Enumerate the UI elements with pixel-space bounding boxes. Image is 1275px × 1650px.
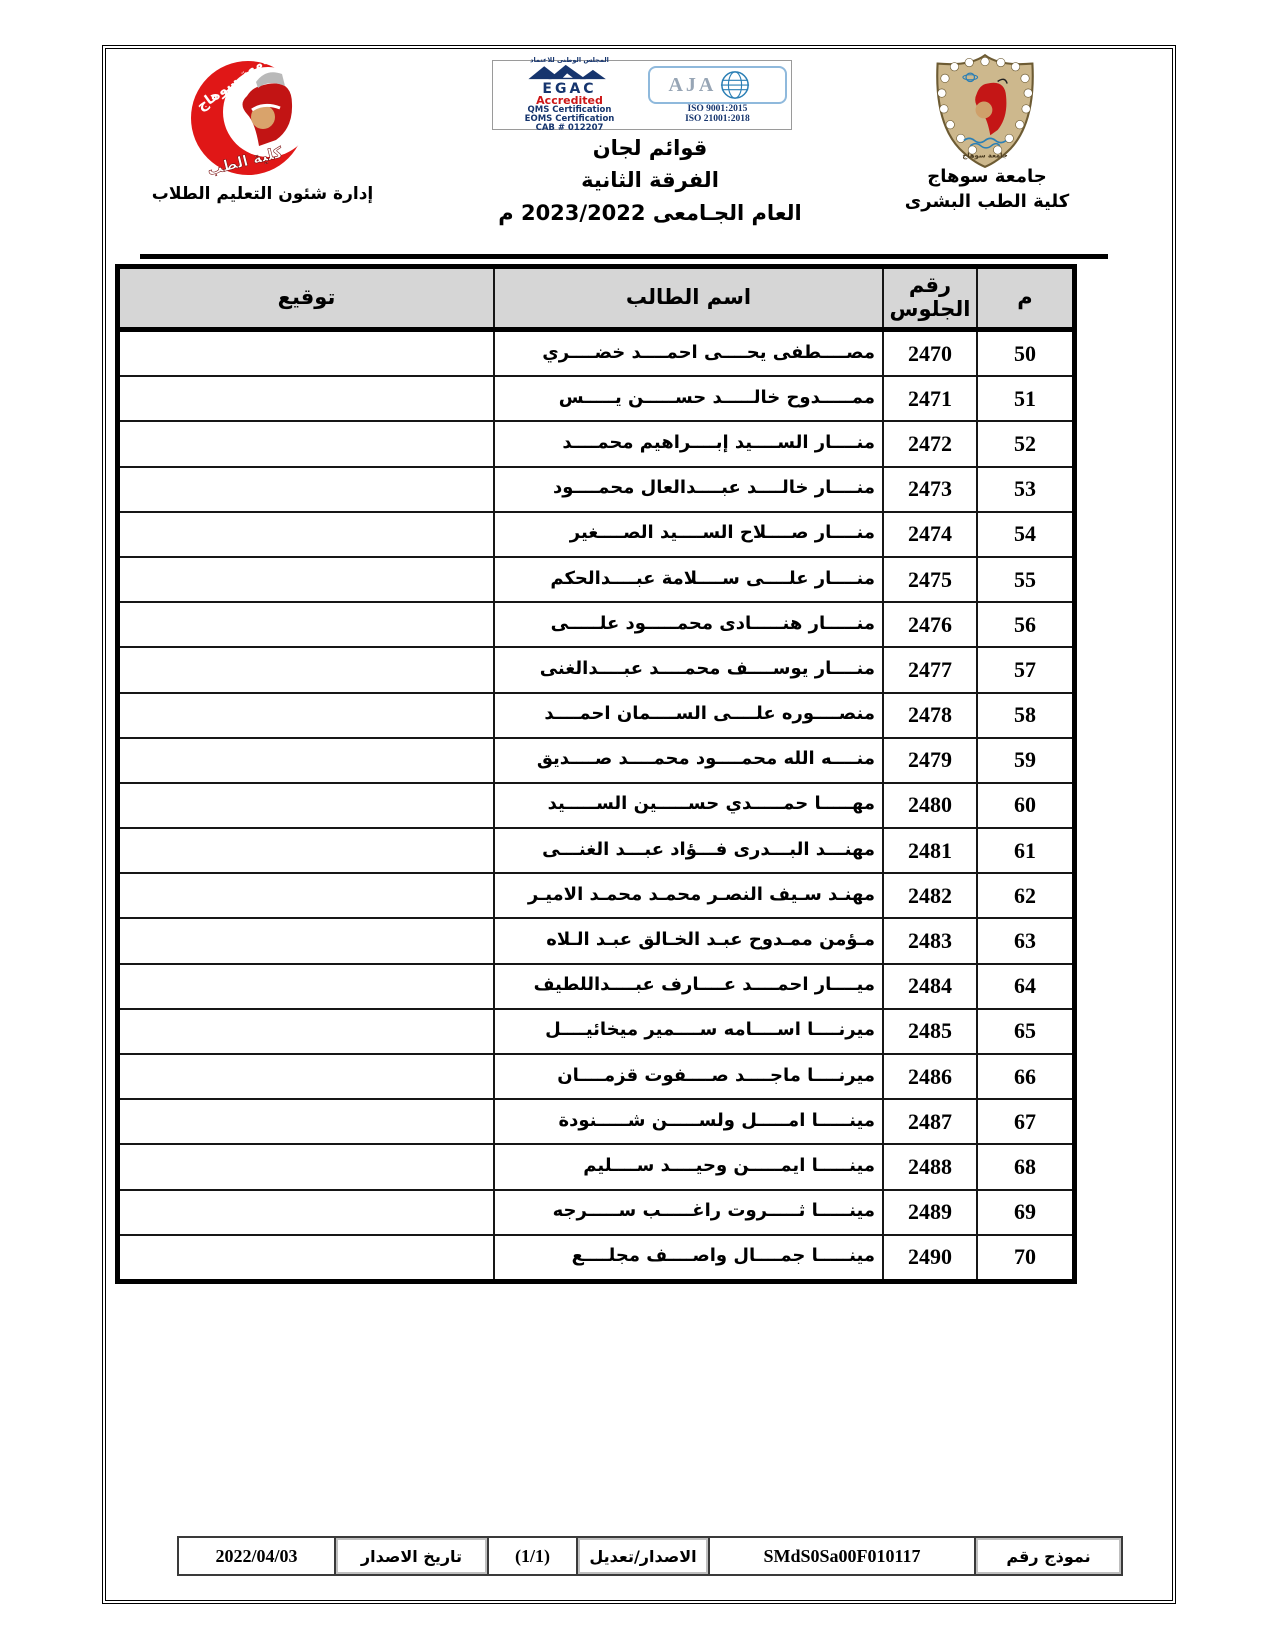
page-title-line3: العام الجـامعى 2023/2022 م bbox=[440, 201, 860, 225]
form-info-row: نموذج رقم SMdS0Sa00F010117 الاصدار/تعديل… bbox=[178, 1537, 1122, 1575]
row-index: 60 bbox=[977, 783, 1075, 828]
signature-cell bbox=[118, 918, 495, 963]
seat-number: 2475 bbox=[883, 557, 977, 602]
signature-cell bbox=[118, 421, 495, 466]
row-index: 53 bbox=[977, 467, 1075, 512]
signature-cell bbox=[118, 1144, 495, 1189]
student-name: ميرنــــا اســــامه ســــمير ميخائيــــل bbox=[494, 1009, 883, 1054]
table-row: 54 2474 منــــار صــــلاح الســــيد الصـ… bbox=[118, 512, 1075, 557]
seat-number: 2486 bbox=[883, 1054, 977, 1099]
shield-bottom-text: جامعة سوهاج bbox=[962, 151, 1007, 159]
row-index: 63 bbox=[977, 918, 1075, 963]
row-index: 55 bbox=[977, 557, 1075, 602]
table-row: 60 2480 مهـــــا حمـــــدي حســـــين الس… bbox=[118, 783, 1075, 828]
aja-badge-frame: AJA bbox=[648, 66, 787, 104]
row-index: 64 bbox=[977, 964, 1075, 1009]
form-info-table: نموذج رقم SMdS0Sa00F010117 الاصدار/تعديل… bbox=[177, 1536, 1123, 1576]
row-index: 68 bbox=[977, 1144, 1075, 1189]
header-divider-rule bbox=[140, 254, 1108, 259]
header-signature: توقيع bbox=[118, 267, 495, 330]
table-row: 67 2487 مينـــــا امـــــل ولســـــن شــ… bbox=[118, 1099, 1075, 1144]
signature-cell bbox=[118, 873, 495, 918]
student-name: مهـــــا حمـــــدي حســـــين الســـــيد bbox=[494, 783, 883, 828]
accreditation-badges: المجلس الوطنى للاعتماد EGAC Accredited Q… bbox=[492, 60, 792, 130]
student-name: مينـــــا ثـــــروت راغـــــب ســـــرجه bbox=[494, 1190, 883, 1235]
signature-cell bbox=[118, 1009, 495, 1054]
signature-cell bbox=[118, 647, 495, 692]
student-name: مصــــطفى يحــــى احمــــد خضــــري bbox=[494, 330, 883, 377]
aja-iso-line1: ISO 9001:2015 bbox=[648, 104, 787, 114]
table-row: 70 2490 مينـــــا جمــــال واصــــف مجلـ… bbox=[118, 1235, 1075, 1282]
seat-number: 2477 bbox=[883, 647, 977, 692]
student-name: منصــــوره علــــى الســــمان احمــــد bbox=[494, 693, 883, 738]
seat-number: 2471 bbox=[883, 376, 977, 421]
header-student-name: اسم الطالب bbox=[494, 267, 883, 330]
seat-number: 2483 bbox=[883, 918, 977, 963]
student-name: منــــه الله محمــــود محمــــد صــــديق bbox=[494, 738, 883, 783]
student-name: منــــار الســــيد إبــــراهيم محمــــد bbox=[494, 421, 883, 466]
student-name: منــــار يوســــف محمــــد عبــــدالغنى bbox=[494, 647, 883, 692]
header-seat-number: رقم الجلوس bbox=[883, 267, 977, 330]
row-index: 66 bbox=[977, 1054, 1075, 1099]
issue-date-value: 2022/04/03 bbox=[178, 1537, 335, 1575]
seat-number: 2482 bbox=[883, 873, 977, 918]
row-index: 54 bbox=[977, 512, 1075, 557]
seat-number: 2479 bbox=[883, 738, 977, 783]
signature-cell bbox=[118, 602, 495, 647]
document-page: جامعة سوهاج كلية الطب إدارة شئون التعليم… bbox=[0, 0, 1275, 1650]
table-row: 55 2475 منــــار علــــى ســــلامة عبـــ… bbox=[118, 557, 1075, 602]
seat-number: 2490 bbox=[883, 1235, 977, 1282]
university-name: جامعة سوهاج bbox=[898, 166, 1076, 187]
student-name: ميرنــــا ماجــــد صــــفوت قزمــــان bbox=[494, 1054, 883, 1099]
signature-cell bbox=[118, 330, 495, 377]
table-row: 69 2489 مينـــــا ثـــــروت راغـــــب سـ… bbox=[118, 1190, 1075, 1235]
seat-number: 2476 bbox=[883, 602, 977, 647]
student-name: منــــار صــــلاح الســــيد الصــــغير bbox=[494, 512, 883, 557]
issue-date-label: تاريخ الاصدار bbox=[335, 1537, 488, 1575]
signature-cell bbox=[118, 467, 495, 512]
form-code: SMdS0Sa00F010117 bbox=[709, 1537, 975, 1575]
student-name: مينـــــا امـــــل ولســـــن شـــــنودة bbox=[494, 1099, 883, 1144]
seat-number: 2484 bbox=[883, 964, 977, 1009]
sohag-university-shield-logo: جامعة سوهاج bbox=[926, 52, 1044, 170]
row-index: 56 bbox=[977, 602, 1075, 647]
signature-cell bbox=[118, 512, 495, 557]
signature-cell bbox=[118, 738, 495, 783]
seat-number: 2485 bbox=[883, 1009, 977, 1054]
seat-number: 2472 bbox=[883, 421, 977, 466]
aja-globe-icon bbox=[718, 70, 752, 100]
table-row: 68 2488 مينـــــا ايمـــــن وحيــــد ســ… bbox=[118, 1144, 1075, 1189]
table-header-row: م رقم الجلوس اسم الطالب توقيع bbox=[118, 267, 1075, 330]
row-index: 62 bbox=[977, 873, 1075, 918]
row-index: 59 bbox=[977, 738, 1075, 783]
signature-cell bbox=[118, 828, 495, 873]
signature-cell bbox=[118, 783, 495, 828]
row-index: 70 bbox=[977, 1235, 1075, 1282]
aja-logo: AJA ISO 9001:2015 ISO 21001:2018 bbox=[648, 66, 787, 124]
signature-cell bbox=[118, 1054, 495, 1099]
row-index: 67 bbox=[977, 1099, 1075, 1144]
row-index: 61 bbox=[977, 828, 1075, 873]
signature-cell bbox=[118, 1099, 495, 1144]
student-name: مهنـــد البـــدرى فـــؤاد عبـــد الغنـــ… bbox=[494, 828, 883, 873]
table-row: 56 2476 منـــــار هنـــــادى محمـــــود … bbox=[118, 602, 1075, 647]
table-row: 53 2473 منــــار خالــــد عبــــدالعال م… bbox=[118, 467, 1075, 512]
row-index: 58 bbox=[977, 693, 1075, 738]
table-row: 58 2478 منصــــوره علــــى الســــمان اح… bbox=[118, 693, 1075, 738]
shield-logo-graphic: جامعة سوهاج bbox=[926, 52, 1044, 170]
signature-cell bbox=[118, 1190, 495, 1235]
student-name: ميــــار احمــــد عــــارف عبــــداللطيف bbox=[494, 964, 883, 1009]
row-index: 69 bbox=[977, 1190, 1075, 1235]
table-row: 64 2484 ميــــار احمــــد عــــارف عبـــ… bbox=[118, 964, 1075, 1009]
seat-number: 2488 bbox=[883, 1144, 977, 1189]
student-name: مهنـد سـيف النصـر محمـد محمـد الاميـر bbox=[494, 873, 883, 918]
form-number-label: نموذج رقم bbox=[975, 1537, 1122, 1575]
egac-mountains-icon bbox=[527, 64, 613, 80]
table-row: 63 2483 مـؤمن ممـدوح عبـد الخـالق عبـد ا… bbox=[118, 918, 1075, 963]
egac-arc-text: المجلس الوطنى للاعتماد bbox=[497, 57, 642, 64]
egac-logo: المجلس الوطنى للاعتماد EGAC Accredited Q… bbox=[497, 57, 642, 133]
table-row: 66 2486 ميرنــــا ماجــــد صــــفوت قزمـ… bbox=[118, 1054, 1075, 1099]
table-row: 52 2472 منــــار الســــيد إبــــراهيم م… bbox=[118, 421, 1075, 466]
table-row: 65 2485 ميرنــــا اســــامه ســــمير ميخ… bbox=[118, 1009, 1075, 1054]
committee-list-table: م رقم الجلوس اسم الطالب توقيع 50 2470 مص… bbox=[115, 264, 1077, 1284]
seat-number: 2480 bbox=[883, 783, 977, 828]
page-title-line2: الفرقة الثانية bbox=[440, 168, 860, 192]
table-row: 61 2481 مهنـــد البـــدرى فـــؤاد عبـــد… bbox=[118, 828, 1075, 873]
table-row: 59 2479 منــــه الله محمــــود محمــــد … bbox=[118, 738, 1075, 783]
table-row: 57 2477 منــــار يوســــف محمــــد عبـــ… bbox=[118, 647, 1075, 692]
seat-number: 2470 bbox=[883, 330, 977, 377]
egac-cab-number: CAB # 012207 bbox=[497, 124, 642, 133]
student-name: ممـــــدوح خالـــــد حســـــن يـــــس bbox=[494, 376, 883, 421]
faculty-name: كلية الطب البشرى bbox=[898, 191, 1076, 212]
student-name: مينـــــا جمــــال واصــــف مجلــــع bbox=[494, 1235, 883, 1282]
signature-cell bbox=[118, 693, 495, 738]
student-name: مـؤمن ممـدوح عبـد الخـالق عبـد الـلاه bbox=[494, 918, 883, 963]
seat-number: 2481 bbox=[883, 828, 977, 873]
crescent-logo-graphic: جامعة سوهاج كلية الطب bbox=[168, 52, 353, 187]
seat-number: 2489 bbox=[883, 1190, 977, 1235]
student-name: منــــار خالــــد عبــــدالعال محمــــود bbox=[494, 467, 883, 512]
seat-number: 2473 bbox=[883, 467, 977, 512]
table-row: 51 2471 ممـــــدوح خالـــــد حســـــن يـ… bbox=[118, 376, 1075, 421]
student-name: مينـــــا ايمـــــن وحيــــد ســــليم bbox=[494, 1144, 883, 1189]
row-index: 57 bbox=[977, 647, 1075, 692]
seat-number: 2487 bbox=[883, 1099, 977, 1144]
row-index: 65 bbox=[977, 1009, 1075, 1054]
header-index: م bbox=[977, 267, 1075, 330]
aja-iso-line2: ISO 21001:2018 bbox=[648, 114, 787, 124]
row-index: 52 bbox=[977, 421, 1075, 466]
seat-number: 2474 bbox=[883, 512, 977, 557]
signature-cell bbox=[118, 964, 495, 1009]
issue-value: (1/1) bbox=[488, 1537, 577, 1575]
seat-number: 2478 bbox=[883, 693, 977, 738]
student-name: منــــار علــــى ســــلامة عبــــدالحكم bbox=[494, 557, 883, 602]
issue-label: الاصدار/تعديل bbox=[577, 1537, 709, 1575]
signature-cell bbox=[118, 1235, 495, 1282]
department-label: إدارة شئون التعليم الطلاب bbox=[130, 184, 395, 204]
aja-name: AJA bbox=[668, 74, 716, 97]
row-index: 51 bbox=[977, 376, 1075, 421]
row-index: 50 bbox=[977, 330, 1075, 377]
sohag-medicine-crescent-logo: جامعة سوهاج كلية الطب bbox=[168, 52, 353, 187]
student-name: منـــــار هنـــــادى محمـــــود علـــــى bbox=[494, 602, 883, 647]
signature-cell bbox=[118, 557, 495, 602]
table-row: 62 2482 مهنـد سـيف النصـر محمـد محمـد ال… bbox=[118, 873, 1075, 918]
table-row: 50 2470 مصــــطفى يحــــى احمــــد خضـــ… bbox=[118, 330, 1075, 377]
signature-cell bbox=[118, 376, 495, 421]
page-title-line1: قوائم لجان bbox=[440, 136, 860, 160]
